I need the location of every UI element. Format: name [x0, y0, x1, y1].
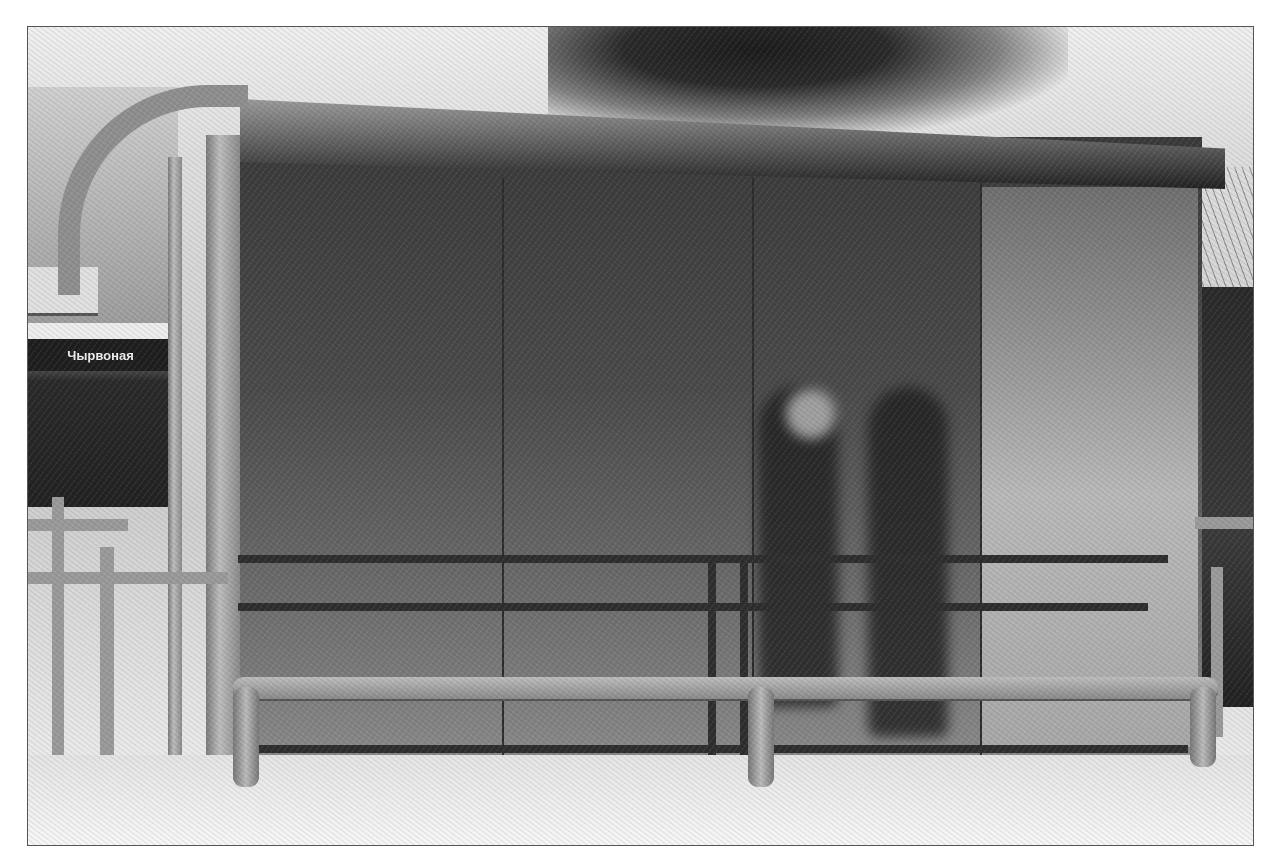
building-right	[1195, 287, 1253, 707]
store-sign-text: Чырвоная	[67, 348, 134, 363]
store-sign: Чырвоная	[28, 339, 173, 371]
panel-seam	[502, 177, 504, 757]
bench-leg	[1190, 687, 1216, 767]
bench-rail	[233, 677, 1218, 699]
bench-leg	[748, 687, 774, 787]
panel-seam	[980, 177, 982, 757]
railing	[238, 603, 1148, 611]
sign-band	[28, 323, 173, 339]
bench-leg	[233, 687, 259, 787]
fence-rail	[1195, 517, 1253, 529]
shelter-post	[206, 135, 240, 765]
railing-post	[740, 557, 748, 777]
fence-rail	[28, 519, 128, 531]
figure-head	[786, 389, 836, 439]
railing-post	[708, 557, 716, 777]
panel-seam	[752, 177, 754, 757]
shelter-post-thin	[168, 157, 182, 757]
snow-ground	[28, 755, 1253, 845]
railing	[258, 745, 1188, 753]
shelter-light-panel	[980, 187, 1198, 747]
photograph: Чырвоная	[27, 26, 1254, 846]
fence-post	[52, 497, 64, 767]
railing	[238, 555, 1168, 563]
